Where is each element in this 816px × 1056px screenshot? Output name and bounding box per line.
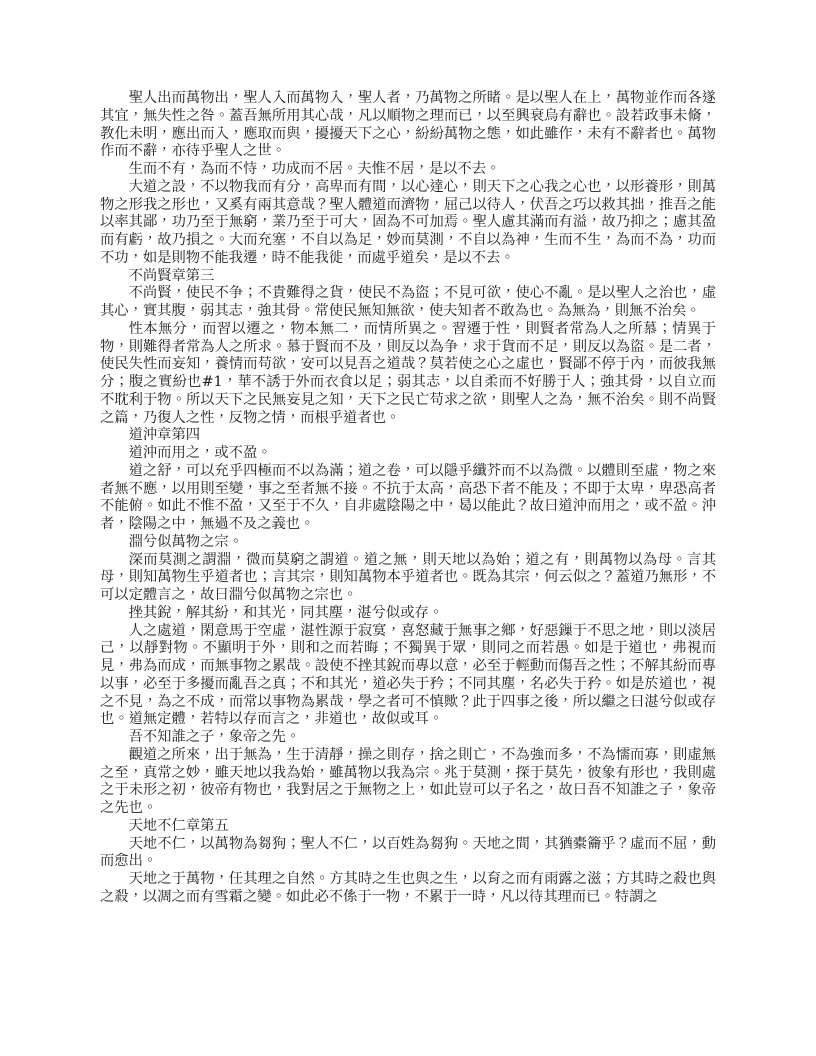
scripture-line: 天地不仁，以萬物為芻狗；聖人不仁，以百姓為芻狗。天地之間，其猶橐籥乎？虛而不屈，…: [100, 836, 716, 872]
chapter-heading: 天地不仁章第五: [100, 818, 716, 836]
commentary-paragraph: 道之舒，可以充乎四極而不以為滿；道之卷，可以隱乎纖芥而不以為微。以體則至虛，物之…: [100, 463, 716, 534]
commentary-paragraph: 聖人出而萬物出，聖人入而萬物入，聖人者，乃萬物之所睹。是以聖人在上，萬物並作而各…: [100, 90, 716, 161]
scripture-line: 吾不知誰之子，象帝之先。: [100, 729, 716, 747]
text-block: 聖人出而萬物出，聖人入而萬物入，聖人者，乃萬物之所睹。是以聖人在上，萬物並作而各…: [100, 90, 716, 907]
scripture-line: 淵兮似萬物之宗。: [100, 534, 716, 552]
scripture-line: 挫其銳，解其紛，和其光，同其塵，湛兮似或存。: [100, 605, 716, 623]
commentary-paragraph: 性本無分，而習以遷之，物本無二，而情所異之。習遷于性，則賢者常為人之所慕；情異于…: [100, 321, 716, 428]
commentary-paragraph: 人之處道，閑意馬于空虛，湛性源于寂寞，喜怒藏于無事之鄉，好惡鏁于不思之地，則以淡…: [100, 623, 716, 730]
scripture-line: 生而不有，為而不恃，功成而不居。夫惟不居，是以不去。: [100, 161, 716, 179]
commentary-paragraph: 觀道之所來，出于無為，生于清靜，操之則存，捨之則亡，不為強而多，不為懦而寡，則虛…: [100, 747, 716, 818]
commentary-paragraph: 大道之設，不以物我而有分，高卑而有間，以心達心，則天下之心我之心也，以形養形，則…: [100, 179, 716, 268]
commentary-paragraph: 深而莫測之謂淵，微而莫窮之謂道。道之無，則天地以為始；道之有，則萬物以為母。言其…: [100, 552, 716, 605]
scripture-line: 不尚賢，使民不争；不貴難得之貨，使民不為盜；不見可欲，使心不亂。是以聖人之治也，…: [100, 285, 716, 321]
scripture-line: 道沖而用之，或不盈。: [100, 445, 716, 463]
chapter-heading: 道沖章第四: [100, 427, 716, 445]
chapter-heading: 不尚賢章第三: [100, 268, 716, 286]
document-page: 聖人出而萬物出，聖人入而萬物入，聖人者，乃萬物之所睹。是以聖人在上，萬物並作而各…: [0, 0, 816, 1056]
commentary-paragraph: 天地之于萬物，任其理之自然。方其時之生也與之生，以育之而有雨露之滋；方其時之殺也…: [100, 871, 716, 907]
